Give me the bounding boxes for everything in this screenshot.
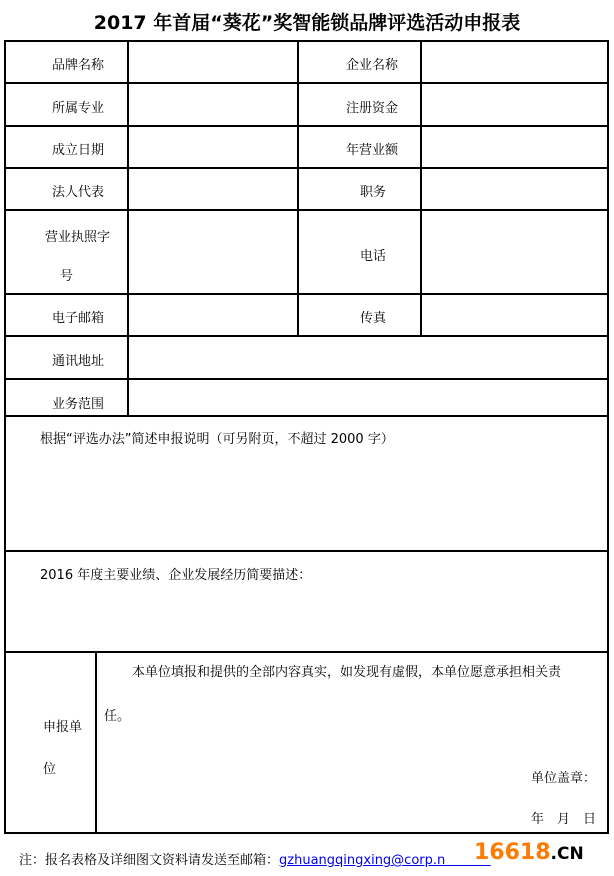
label-position: 职务 xyxy=(360,181,386,200)
statement-prompt: 根据“评选办法”简述申报说明（可另附页，不超过 2000 字） xyxy=(40,428,394,447)
watermark-suffix: .CN xyxy=(551,844,584,864)
label-email: 电子邮箱 xyxy=(52,307,104,326)
label-mailing-address: 通讯地址 xyxy=(52,350,104,369)
label-applicant-line1: 申报单 xyxy=(43,716,82,735)
label-founded-date: 成立日期 xyxy=(52,139,104,158)
label-applicant-line2: 位 xyxy=(43,758,56,777)
label-company-name: 企业名称 xyxy=(346,54,398,73)
founded-date-field[interactable] xyxy=(130,128,299,168)
business-license-no-field[interactable] xyxy=(130,212,299,294)
label-brand-name: 品牌名称 xyxy=(52,54,104,73)
col-divider xyxy=(420,40,422,337)
brand-name-field[interactable] xyxy=(130,43,299,83)
document-title: 2017 年首届“葵花”奖智能锁品牌评选活动申报表 xyxy=(0,8,614,35)
label-registered-capital: 注册资金 xyxy=(346,97,398,116)
row-divider xyxy=(4,125,609,127)
performance-textarea[interactable] xyxy=(8,585,609,653)
footer-note-text: 注：报名表格及详细图文资料请发送至邮箱： xyxy=(19,853,279,868)
label-fax: 传真 xyxy=(360,307,386,326)
mailing-address-field[interactable] xyxy=(130,338,609,378)
submission-email-link[interactable]: gzhuangqingxing@corp.n xyxy=(279,853,491,868)
email-link-text: gzhuangqingxing@corp.n xyxy=(279,853,445,868)
label-annual-revenue: 年营业额 xyxy=(346,139,398,158)
declaration-text-line2: 任。 xyxy=(104,708,130,726)
annual-revenue-field[interactable] xyxy=(423,128,609,168)
legal-representative-field[interactable] xyxy=(130,170,299,210)
watermark-number: 16618 xyxy=(474,840,551,865)
position-field[interactable] xyxy=(423,170,609,210)
site-watermark: 16618.CN xyxy=(474,840,584,865)
table-border-left xyxy=(4,40,6,834)
col-divider xyxy=(95,651,97,834)
col-divider xyxy=(127,40,129,417)
phone-field[interactable] xyxy=(423,212,609,294)
registered-capital-field[interactable] xyxy=(423,85,609,125)
label-legal-representative: 法人代表 xyxy=(52,181,104,200)
row-divider xyxy=(4,378,609,380)
fax-field[interactable] xyxy=(423,296,609,336)
label-business-license-no-line2: 号 xyxy=(60,265,73,284)
label-business-license-no-line1: 营业执照字 xyxy=(45,226,110,245)
statement-textarea[interactable] xyxy=(8,450,609,552)
footer-note: 注：报名表格及详细图文资料请发送至邮箱：gzhuangqingxing@corp… xyxy=(19,849,491,868)
email-field[interactable] xyxy=(130,296,299,336)
table-border-top xyxy=(4,40,609,42)
label-phone: 电话 xyxy=(360,245,386,264)
business-scope-field[interactable] xyxy=(130,381,609,416)
company-name-field[interactable] xyxy=(423,43,609,83)
industry-field[interactable] xyxy=(130,85,299,125)
seal-label: 单位盖章： xyxy=(531,767,596,786)
date-label: 年 月 日 xyxy=(531,808,596,827)
performance-prompt: 2016 年度主要业绩、企业发展经历简要描述： xyxy=(40,564,311,583)
label-industry: 所属专业 xyxy=(52,97,104,116)
declaration-text-line1: 本单位填报和提供的全部内容真实，如发现有虚假，本单位愿意承担相关责 xyxy=(132,664,561,682)
label-business-scope: 业务范围 xyxy=(52,393,104,412)
